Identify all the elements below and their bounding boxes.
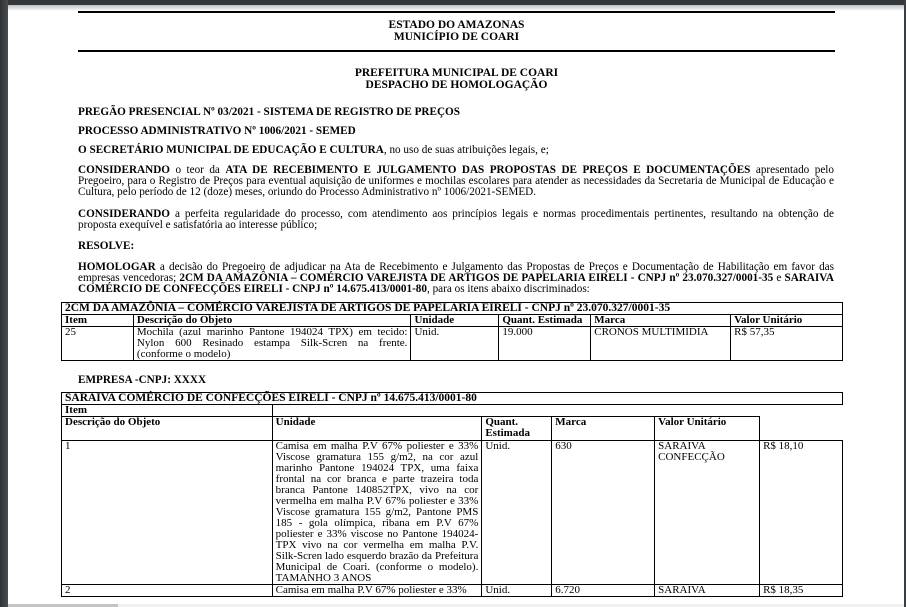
company-1-name: 2CM DA AMAZÔNIA – COMÉRCIO VAREJISTA DE … <box>179 272 773 284</box>
resolve-label: RESOLVE: <box>78 241 834 252</box>
empresa-placeholder: EMPRESA -CNPJ: XXXX <box>78 375 834 386</box>
cell-quantidade: 19.000 <box>499 327 591 361</box>
col-header-quantidade: Quant. Estimada <box>482 417 552 441</box>
cell-descricao: Mochila (azul marinho Pantone 194024 TPX… <box>133 327 411 361</box>
viewer-top-frame <box>0 0 906 5</box>
cell-marca: SARAIVA CONFECÇÃO <box>655 441 760 585</box>
cell-quantidade: 6.720 <box>552 585 655 597</box>
considerando-1-label: CONSIDERANDO <box>78 164 170 176</box>
cell-descricao: Camisa em malha P.V 67% poliester e 33% … <box>272 441 482 585</box>
col-header-item: Item <box>62 405 273 417</box>
homologar-text-c: , para os itens abaixo discriminados: <box>427 283 590 295</box>
secretario-title: O SECRETÁRIO MUNICIPAL DE EDUCAÇÃO E CUL… <box>78 144 384 156</box>
cell-valor: R$ 57,35 <box>731 327 843 361</box>
document-title: DESPACHO DE HOMOLOGAÇÃO <box>78 79 835 91</box>
empty-header-gap <box>760 405 843 417</box>
cell-marca: CRONOS MULTIMIDIA <box>591 327 731 361</box>
cell-unidade: Unid. <box>411 327 499 361</box>
table-title-row: 2CM DA AMAZÔNIA – COMÉRCIO VAREJISTA DE … <box>62 303 843 315</box>
col-header-valor: Valor Unitário <box>731 315 843 327</box>
cell-item: 2 <box>62 585 273 597</box>
prefecture-title: PREFEITURA MUNICIPAL DE COARI <box>78 67 835 79</box>
cell-item: 25 <box>62 327 134 361</box>
table-header-row: Item Descrição do Objeto Unidade Quant. … <box>62 315 843 327</box>
table-item-header-row: Item <box>62 405 843 417</box>
table-saraiva: SARAIVA COMÉRCIO DE CONFECÇÕES EIRELI - … <box>61 392 843 597</box>
empty-header-gap <box>760 417 843 441</box>
cell-quantidade: 630 <box>552 441 655 585</box>
col-header-item: Item <box>62 315 134 327</box>
cell-unidade: Unid. <box>482 585 552 597</box>
homologar-text-b: e <box>773 272 784 284</box>
table-1-title: 2CM DA AMAZÔNIA – COMÉRCIO VAREJISTA DE … <box>62 303 843 315</box>
table-2cm-amazonia: 2CM DA AMAZÔNIA – COMÉRCIO VAREJISTA DE … <box>61 302 843 361</box>
cell-marca: SARAIVA <box>655 585 760 597</box>
col-header-marca: Marca <box>552 417 655 441</box>
empty-header-cell <box>272 405 759 417</box>
processo-line: PROCESSO ADMINISTRATIVO Nº 1006/2021 - S… <box>78 126 834 137</box>
table-header-row: Descrição do Objeto Unidade Quant. Estim… <box>62 417 843 441</box>
pdf-page: ESTADO DO AMAZONAS MUNICÍPIO DE COARI PR… <box>0 0 906 607</box>
col-header-quantidade: Quant. Estimada <box>499 315 591 327</box>
table-title-row: SARAIVA COMÉRCIO DE CONFECÇÕES EIRELI - … <box>62 393 843 405</box>
viewer-left-frame <box>0 0 8 607</box>
secretario-paragraph: O SECRETÁRIO MUNICIPAL DE EDUCAÇÃO E CUL… <box>78 145 834 156</box>
col-header-descricao: Descrição do Objeto <box>133 315 411 327</box>
header-state: ESTADO DO AMAZONAS <box>78 19 835 31</box>
table-row: 25 Mochila (azul marinho Pantone 194024 … <box>62 327 843 361</box>
ata-title: ATA DE RECEBIMENTO E JULGAMENTO DAS PROP… <box>225 164 750 176</box>
considerando-1-text-a: o teor da <box>170 164 225 176</box>
considerando-2-label: CONSIDERANDO <box>78 208 170 220</box>
table-2-title: SARAIVA COMÉRCIO DE CONFECÇÕES EIRELI - … <box>62 393 843 405</box>
cell-valor: R$ 18,10 <box>760 441 843 585</box>
col-header-unidade: Unidade <box>411 315 499 327</box>
col-header-unidade: Unidade <box>272 417 482 441</box>
viewer-top-shadow <box>0 5 906 11</box>
pregao-line: PREGÃO PRESENCIAL Nº 03/2021 - SISTEMA D… <box>78 107 834 118</box>
col-header-descricao: Descrição do Objeto <box>62 417 273 441</box>
header-rule-bottom <box>78 50 835 52</box>
cell-valor: R$ 18,35 <box>760 585 843 597</box>
cell-item: 1 <box>62 441 273 585</box>
header-rule-top <box>78 11 835 13</box>
cell-unidade: Unid. <box>482 441 552 585</box>
col-header-marca: Marca <box>591 315 731 327</box>
considerando-2-text: a perfeita regularidade do processo, com… <box>78 208 834 231</box>
homologar-paragraph: HOMOLOGAR a decisão do Pregoeiro de adju… <box>78 262 834 296</box>
considerando-2-paragraph: CONSIDERANDO a perfeita regularidade do … <box>78 209 834 231</box>
col-header-valor: Valor Unitário <box>655 417 760 441</box>
header-municipality: MUNICÍPIO DE COARI <box>78 31 835 43</box>
cell-descricao: Camisa em malha P.V 67% poliester e 33% <box>272 585 482 597</box>
table-row: 2 Camisa em malha P.V 67% poliester e 33… <box>62 585 843 597</box>
considerando-1-paragraph: CONSIDERANDO o teor da ATA DE RECEBIMENT… <box>78 165 834 199</box>
table-row: 1 Camisa em malha P.V 67% poliester e 33… <box>62 441 843 585</box>
secretario-text: , no uso de suas atribuições legais, e; <box>384 144 549 156</box>
